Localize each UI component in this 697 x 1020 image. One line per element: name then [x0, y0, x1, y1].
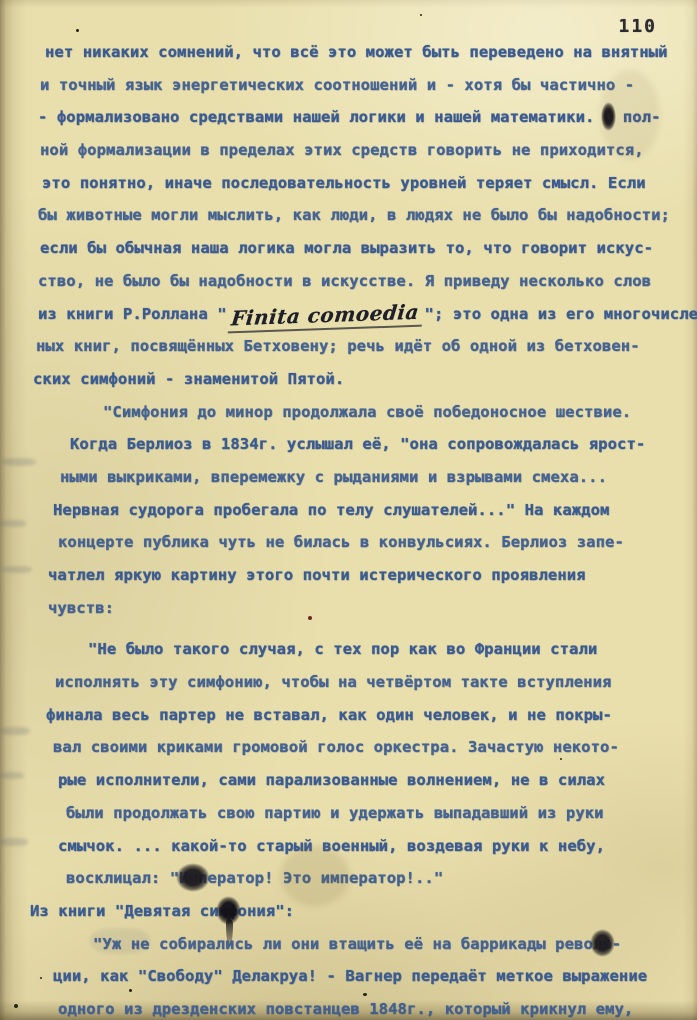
text-line: были продолжать свою партию и удержать в… [66, 797, 683, 830]
text-line: чувств: [48, 592, 683, 625]
margin-smudge [2, 458, 36, 466]
text-line: одного из дрезденских повстанцев 1848г.,… [58, 993, 683, 1020]
margin-smudge [2, 566, 32, 573]
line-text: "; это одна из его многочислен- [425, 305, 697, 323]
text-line: восклицал: "Император! Это император!.." [66, 862, 683, 895]
text-line: ных книг, посвящённых Бетховену; речь ид… [36, 330, 683, 363]
text-line: ными выкриками, вперемежку с рыданиями и… [60, 461, 683, 494]
margin-smudge [0, 772, 24, 779]
ink-blot: Имп [179, 862, 207, 895]
stain-speck [76, 29, 79, 32]
stain-speck [14, 1004, 18, 1008]
text-line: "Симфония до минор продолжала своё побед… [103, 396, 683, 429]
scanned-document-page: 110 нет никаких сомнений, что всё это мо… [0, 0, 697, 1020]
ink-blot-with-drip: мф [219, 895, 238, 928]
handwritten-annotation: Finita comoedia [227, 301, 423, 333]
text-line: Нервная судорога пробегала по телу слуша… [53, 494, 683, 527]
line-text: ония": [238, 902, 295, 920]
margin-smudge [0, 727, 30, 735]
text-line: ских симфоний - знаменитой Пятой. [33, 363, 683, 396]
margin-smudge [0, 838, 28, 846]
stain-speck [363, 993, 367, 996]
line-text: - формализовано средствами нашей логики … [38, 108, 604, 126]
text-line: Из книги "Девятая симфония": [30, 895, 683, 928]
text-line: концерте публика чуть не билась в конвул… [58, 526, 683, 559]
text-line: ной формализации в пределах этих средств… [40, 134, 683, 167]
text-line: ство, не было бы надобности в искусстве.… [38, 265, 683, 298]
margin-smudge [0, 520, 26, 527]
text-line: "Уж не собирались ли они втащить её на б… [93, 928, 683, 961]
text-line: финала весь партер не вставал, как один … [46, 699, 683, 732]
stain-speck [420, 14, 422, 16]
text-line: ции, как "Свободу" Делакруа! - Вагнер пе… [53, 960, 683, 993]
stain-speck [560, 758, 562, 760]
text-line: - формализовано средствами нашей логики … [38, 101, 683, 134]
line-text: из книги Р.Роллана " [38, 305, 227, 323]
stain-speck [308, 616, 312, 620]
text-line: нет никаких сомнений, что всё это может … [45, 36, 683, 69]
text-line: бы животные могли мыслить, как люди, в л… [38, 199, 683, 232]
stain-speck [40, 977, 42, 979]
text-line: из книги Р.Роллана "Finita comoedia"; эт… [38, 298, 683, 331]
ink-blot: лю [593, 928, 612, 961]
page-number: 110 [618, 16, 657, 37]
text-line: смычок. ... какой-то старый военный, воз… [58, 830, 683, 863]
line-text: восклицал: " [66, 869, 179, 887]
text-line: если бы обычная наша логика могла вырази… [40, 232, 683, 265]
typewritten-text-block: нет никаких сомнений, что всё это может … [38, 36, 683, 1020]
margin-smudge [90, 928, 150, 954]
line-text: "Уж не собирались ли они втащить её на б… [93, 935, 593, 953]
text-line: "Не было такого случая, с тех пор как во… [88, 633, 683, 666]
line-text: Из книги "Девятая си [30, 902, 219, 920]
text-line: исполнять эту симфонию, чтобы на четвёрт… [55, 666, 683, 699]
text-line: и точный язык энергетических соотношений… [40, 69, 683, 102]
text-line: чатлел яркую картину этого почти истерич… [48, 559, 683, 592]
text-line: рые исполнители, сами парализованные вол… [58, 764, 683, 797]
paper-stain [280, 846, 350, 906]
paper-stain [600, 70, 660, 160]
stain-speck [129, 989, 132, 992]
text-line: Когда Берлиоз в 1834г. услышал её, "она … [70, 428, 683, 461]
text-line: вал своими криками громовой голос оркест… [53, 731, 683, 764]
text-line: это понятно, иначе последовательность ур… [42, 167, 683, 200]
